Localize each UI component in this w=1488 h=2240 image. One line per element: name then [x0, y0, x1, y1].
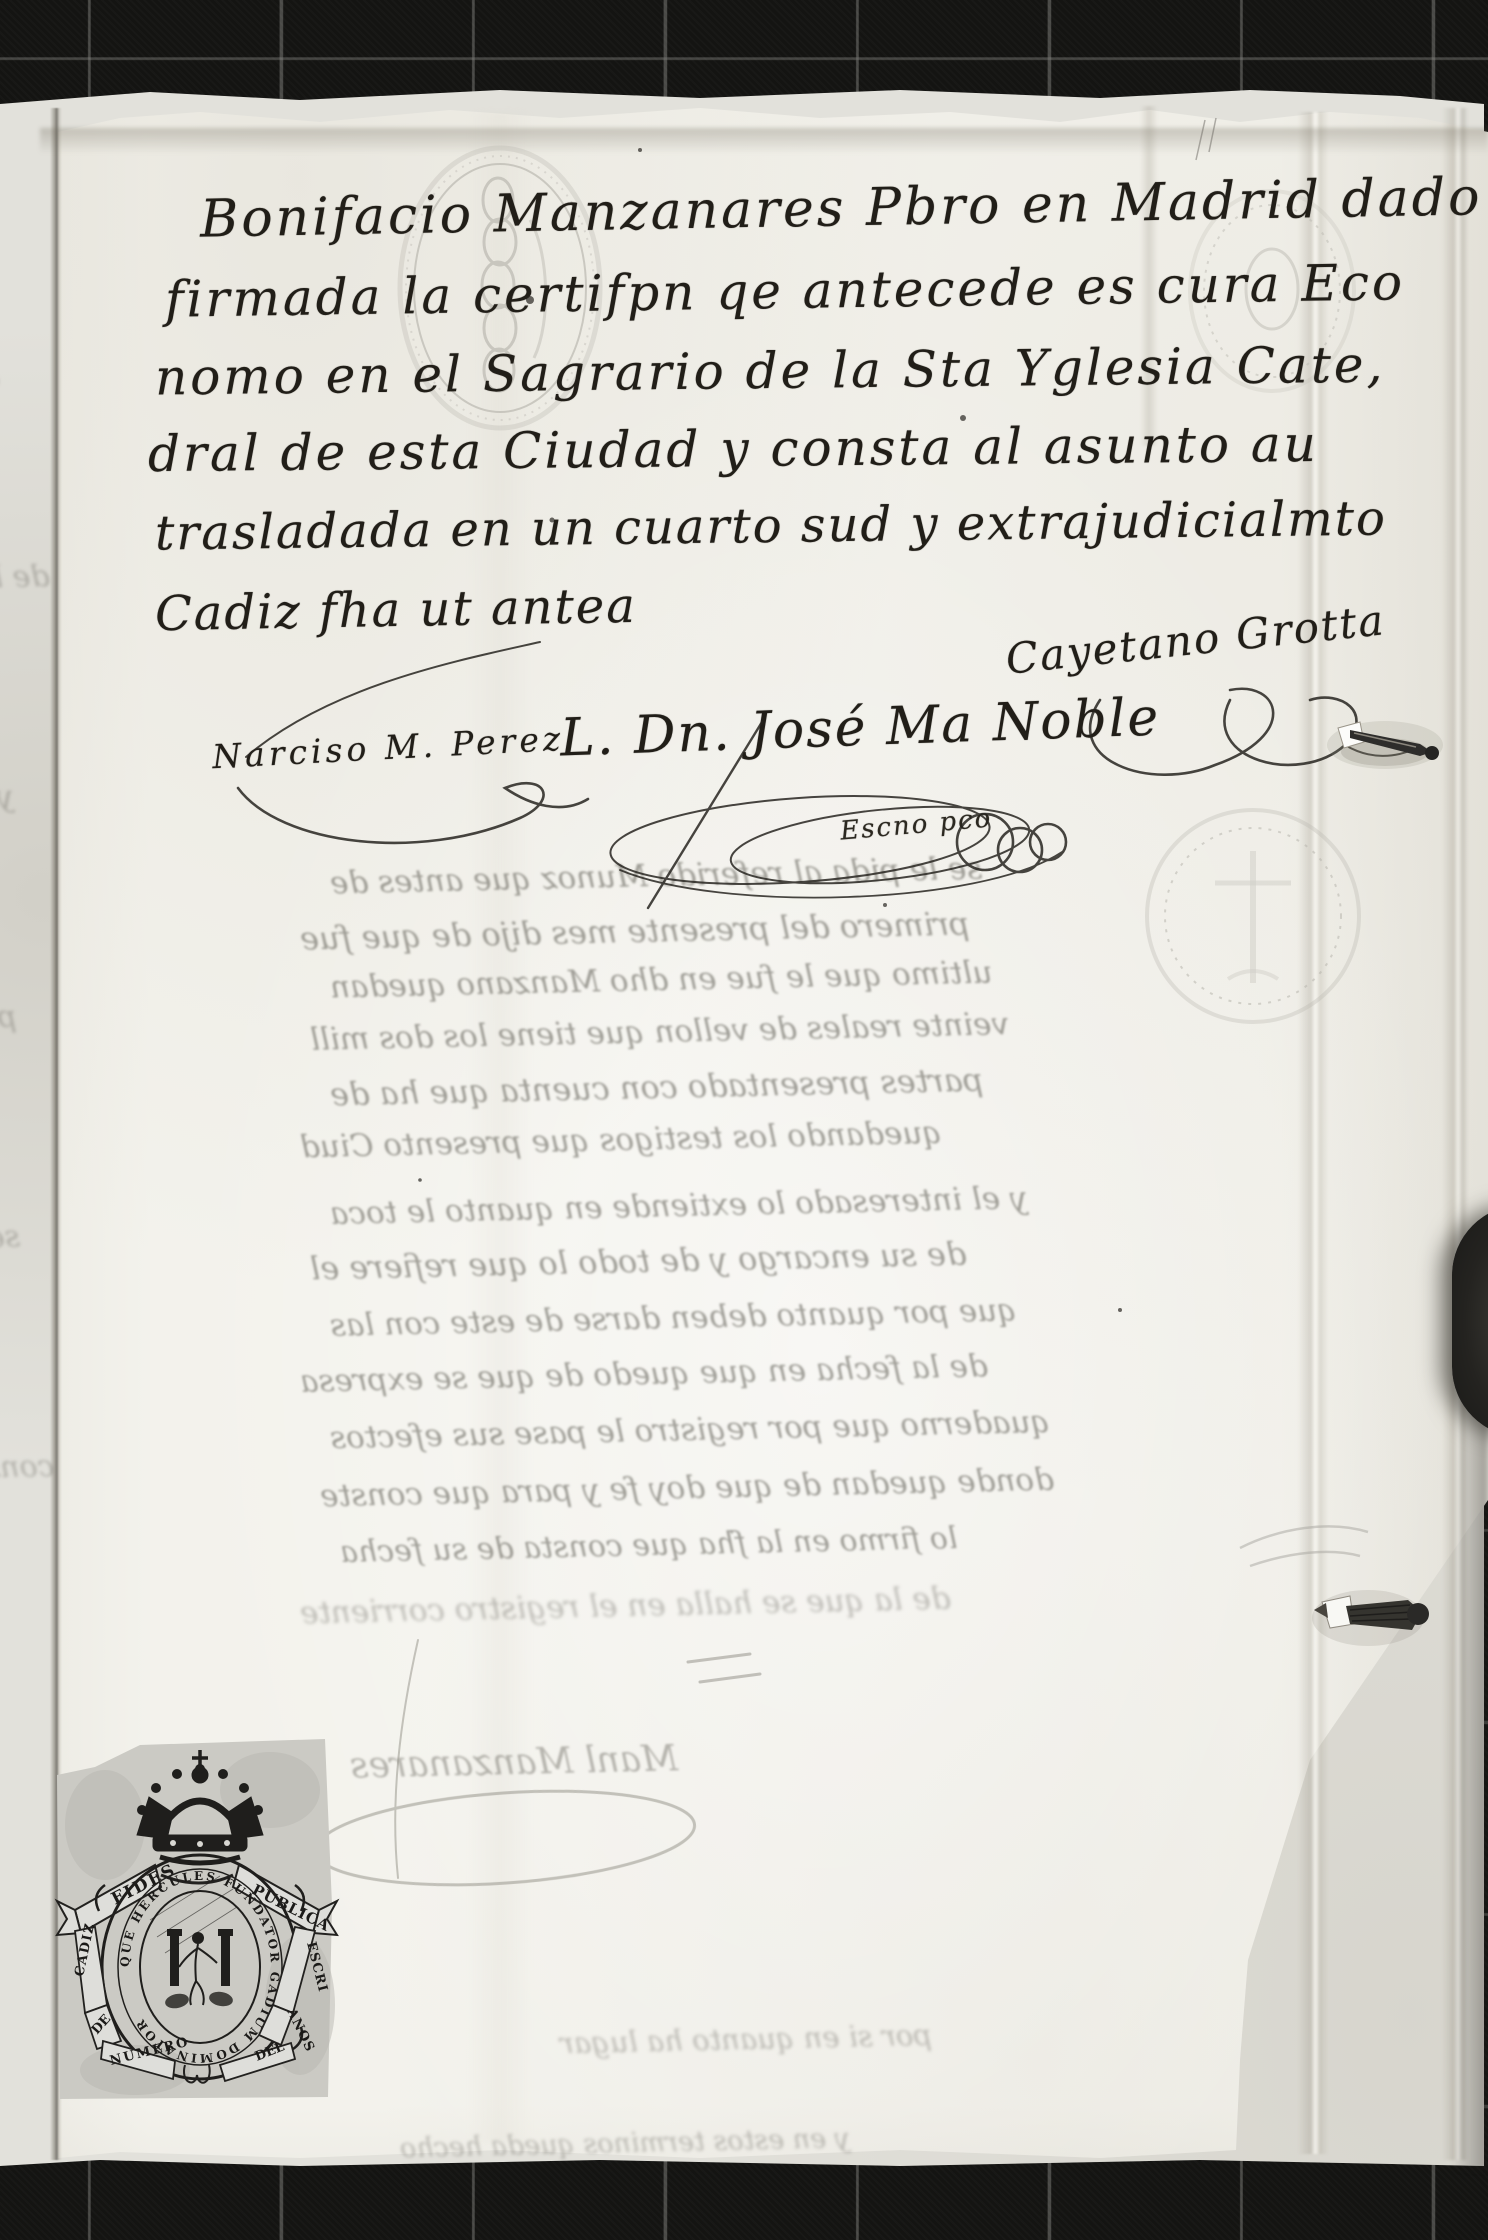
archival-photograph: se le pida al referido Munoz que antes d… [0, 0, 1488, 2240]
noble-rubric-flourish [608, 722, 1066, 908]
notarial-stamp: FIDES PUBLICA QUE HERCULES FUNDATOR GADI… [45, 1705, 345, 2105]
perez-rubric-flourish [238, 783, 588, 843]
pencil-dash-marks [688, 1654, 760, 1682]
hairline-scratches [1196, 118, 1216, 160]
pencil-oval-annotation [312, 1640, 697, 1896]
ink-specks [418, 148, 1122, 1312]
metal-fastener-bottom [1312, 1590, 1429, 1646]
pencil-scribble [1240, 1526, 1368, 1566]
metal-fastener-top [1327, 721, 1443, 769]
